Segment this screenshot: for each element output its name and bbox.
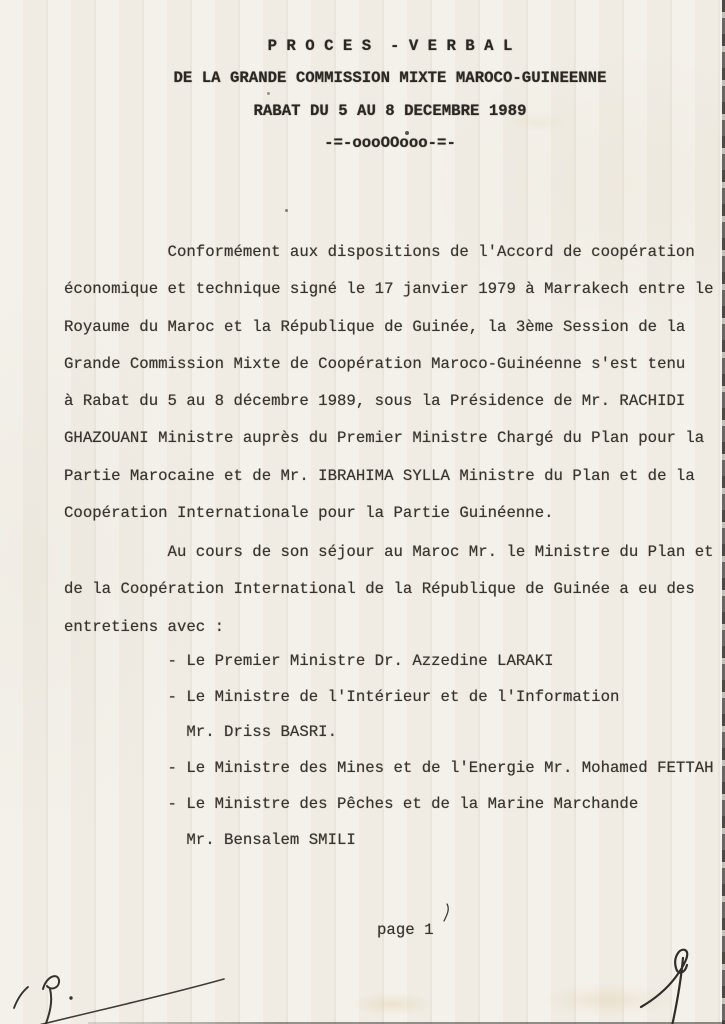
text-line: économique et technique signé le 17 janv…	[64, 271, 724, 308]
list-item-line: - Le Ministre des Mines et de l'Energie …	[64, 751, 724, 787]
list-item-line: - Le Ministre de l'Intérieur et de l'Inf…	[64, 680, 724, 716]
text-line: GHAZOUANI Ministre auprès du Premier Min…	[64, 420, 724, 457]
text-line: Conformément aux dispositions de l'Accor…	[64, 234, 724, 271]
text-line: Au cours de son séjour au Maroc Mr. le M…	[64, 534, 724, 571]
text-line: Royaume du Maroc et la République de Gui…	[64, 309, 724, 346]
list-item-line: Mr. Driss BASRI.	[64, 715, 724, 751]
ink-speck	[267, 92, 270, 95]
list-item-line: Mr. Bensalem SMILI	[64, 823, 724, 859]
paragraph-preamble: Conformément aux dispositions de l'Accor…	[64, 234, 724, 532]
page-footer: page 1	[377, 916, 577, 944]
list-item-line: - Le Ministre des Pêches et de la Marine…	[64, 787, 724, 823]
document-subtitle: DE LA GRANDE COMMISSION MIXTE MAROCO-GUI…	[64, 62, 716, 94]
text-line: de la Coopération International de la Ré…	[64, 571, 724, 608]
list-item-line: - Le Premier Ministre Dr. Azzedine LARAK…	[64, 644, 724, 680]
document-header: P R O C E S - V E R B A L DE LA GRANDE C…	[64, 30, 716, 160]
pen-scribble-tick	[14, 987, 28, 1008]
diagonal-pen-stroke-bottom-left	[35, 979, 224, 1024]
pen-dot	[69, 996, 72, 999]
ink-speck	[285, 209, 288, 212]
ink-speck	[405, 131, 409, 135]
pen-scribble-bottom-left	[43, 976, 59, 1024]
text-line: entretiens avec :	[64, 609, 724, 646]
signature-loop-bottom-right	[641, 950, 687, 1024]
ministers-list: - Le Premier Ministre Dr. Azzedine LARAK…	[64, 644, 724, 858]
scanned-document-page: P R O C E S - V E R B A L DE LA GRANDE C…	[0, 0, 725, 1024]
ornament-separator: -=-oooOOooo-=-	[64, 127, 716, 159]
text-line: à Rabat du 5 au 8 décembre 1989, sous la…	[64, 383, 724, 420]
page-number: page 1	[377, 916, 577, 944]
session-date-line: RABAT DU 5 AU 8 DECEMBRE 1989	[64, 95, 716, 127]
text-line: Grande Commission Mixte de Coopération M…	[64, 346, 724, 383]
document-title: P R O C E S - V E R B A L	[64, 30, 716, 62]
text-line: Coopération Internationale pour la Parti…	[64, 495, 724, 532]
text-line: Partie Marocaine et de Mr. IBRAHIMA SYLL…	[64, 458, 724, 495]
paragraph-visit: Au cours de son séjour au Maroc Mr. le M…	[64, 534, 724, 646]
